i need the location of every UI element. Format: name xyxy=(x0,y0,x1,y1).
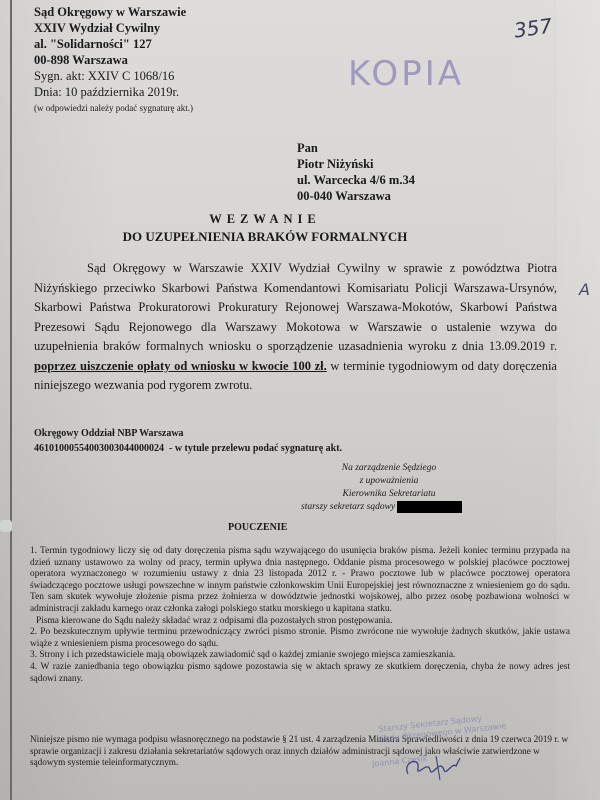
instruction-item: Pisma kierowane do Sądu należy składać w… xyxy=(30,616,570,628)
instruction-item: 3. Strony i ich przedstawiciele mają obo… xyxy=(30,650,570,662)
court-name: Sąd Okręgowy w Warszawie xyxy=(34,4,193,20)
body-emphasis: poprzez uiszczenie opłaty od wniosku w k… xyxy=(34,359,327,373)
signature-line-2: z upoważnienia xyxy=(304,475,474,488)
signature-line-4: starszy sekretarz sądowy xyxy=(301,502,395,512)
signature-line-1: Na zarządzenie Sędziego xyxy=(304,462,474,475)
body-text-before: Sąd Okręgowy w Warszawie XXIV Wydział Cy… xyxy=(34,261,557,353)
recipient-street: ul. Warcecka 4/6 m.34 xyxy=(297,172,415,188)
copy-stamp: KOPIA xyxy=(348,54,464,94)
court-division: XXIV Wydział Cywilny xyxy=(34,20,193,36)
handwritten-page-number: 357 xyxy=(513,13,554,42)
court-postal-city: 00-898 Warszawa xyxy=(34,52,193,68)
recipient-postal-city: 00-040 Warszawa xyxy=(297,188,415,204)
instruction-item: 1. Termin tygodniowy liczy się od daty d… xyxy=(30,546,570,616)
recipient-salutation: Pan xyxy=(297,140,415,156)
signature-line-3: Kierownika Sekretariatu xyxy=(304,488,474,501)
date-line: Dnia: 10 października 2019r. xyxy=(34,84,193,100)
binder-edge xyxy=(10,0,12,800)
handwritten-margin-mark: A xyxy=(579,280,590,299)
recipient-address: Pan Piotr Niżyński ul. Warcecka 4/6 m.34… xyxy=(297,140,415,204)
instruction-item: 2. Po bezskutecznym upływie terminu prze… xyxy=(30,627,570,650)
title-line-1: WEZWANIE xyxy=(110,212,420,227)
handwritten-signature-icon xyxy=(400,752,470,784)
recipient-name: Piotr Niżyński xyxy=(297,156,415,172)
bank-details: Okręgowy Oddział NBP Warszawa 4610100055… xyxy=(34,426,342,456)
reply-note: (w odpowiedzi należy podać sygnaturę akt… xyxy=(34,102,193,114)
binder-clip xyxy=(0,520,12,532)
document-title: WEZWANIE DO UZUPEŁNIENIA BRAKÓW FORMALNY… xyxy=(110,212,420,245)
document-date: 10 października 2019r. xyxy=(65,85,179,99)
case-number: XXIV C 1068/16 xyxy=(88,69,175,83)
signature-block: Na zarządzenie Sędziego z upoważnienia K… xyxy=(304,462,474,514)
instructions-title: POUCZENIE xyxy=(228,522,287,533)
bank-note: - w tytule przelewu podać sygnaturę akt. xyxy=(164,443,342,454)
instruction-item: 4. W razie zaniedbania tego obowiązku pi… xyxy=(30,662,570,685)
bank-account: 46101000554003003044000024 xyxy=(34,443,164,454)
court-header: Sąd Okręgowy w Warszawie XXIV Wydział Cy… xyxy=(34,4,193,114)
date-label: Dnia: xyxy=(34,85,62,99)
instructions-list: 1. Termin tygodniowy liczy się od daty d… xyxy=(30,546,570,685)
case-number-line: Sygn. akt: XXIV C 1068/16 xyxy=(34,68,193,84)
redacted-name xyxy=(397,501,462,513)
court-street: al. "Solidarności" 127 xyxy=(34,36,193,52)
case-label: Sygn. akt: xyxy=(34,69,85,83)
title-line-2: DO UZUPEŁNIENIA BRAKÓW FORMALNYCH xyxy=(110,229,420,245)
summons-body: Sąd Okręgowy w Warszawie XXIV Wydział Cy… xyxy=(34,259,557,396)
bank-name: Okręgowy Oddział NBP Warszawa xyxy=(34,426,342,441)
